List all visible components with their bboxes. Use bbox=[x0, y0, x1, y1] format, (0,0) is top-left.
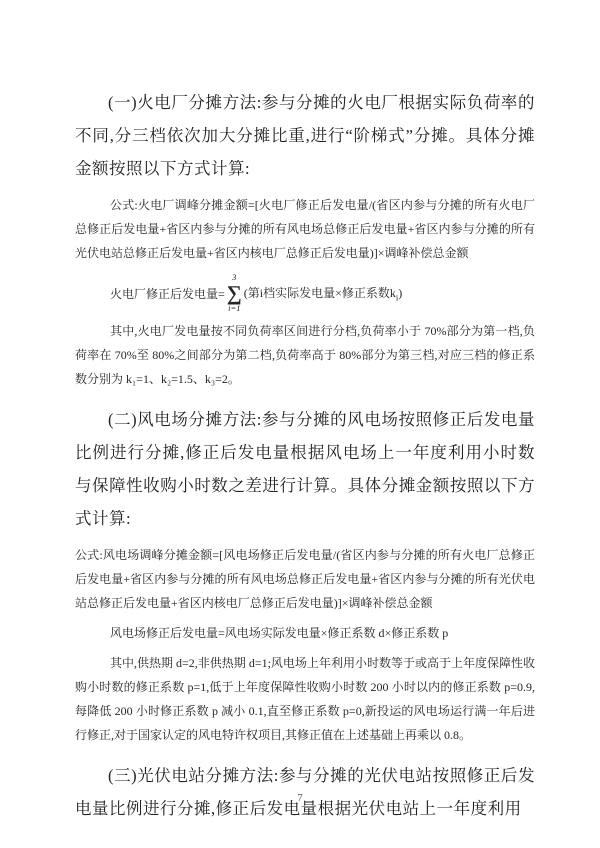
summation-symbol: 3 ∑ i=1 bbox=[227, 273, 242, 313]
equation-lhs: 火电厂修正后发电量= bbox=[110, 285, 225, 302]
page-number: 7 bbox=[0, 792, 600, 804]
wind-allocation-formula: 公式:风电场调峰分摊金额=[风电场修正后发电量/(省区内参与分摊的所有火电厂总修… bbox=[75, 543, 535, 615]
thermal-method-paragraph: (一)火电厂分摊方法:参与分摊的火电厂根据实际负荷率的不同,分三档依次加大分摊比… bbox=[75, 86, 535, 185]
equation-rhs-close: ) bbox=[398, 286, 402, 300]
wind-coefficient-note: 其中,供热期 d=2,非供热期 d=1;风电场上年利用小时数等于或高于上年度保障… bbox=[75, 651, 535, 747]
equation-rhs: (第i档实际发电量×修正系数ki) bbox=[244, 284, 402, 302]
thermal-tier-note: 其中,火电厂发电量按不同负荷率区间进行分档,负荷率小于 70%部分为第一档,负荷… bbox=[75, 319, 535, 391]
summation-lower-limit: i=1 bbox=[228, 304, 240, 313]
sigma-icon: ∑ bbox=[227, 283, 242, 304]
thermal-allocation-formula: 公式:火电厂调峰分摊金额=[火电厂修正后发电量/(省区内参与分摊的所有火电厂总修… bbox=[75, 193, 535, 265]
wind-corrected-output-equation: 风电场修正后发电量=风电场实际发电量×修正系数 d×修正系数 p bbox=[75, 621, 535, 645]
document-page: (一)火电厂分摊方法:参与分摊的火电厂根据实际负荷率的不同,分三档依次加大分摊比… bbox=[0, 0, 600, 848]
wind-method-paragraph: (二)风电场分摊方法:参与分摊的风电场按照修正后发电量比例进行分摊,修正后发电量… bbox=[75, 403, 535, 535]
thermal-corrected-output-equation: 火电厂修正后发电量= 3 ∑ i=1 (第i档实际发电量×修正系数ki) bbox=[75, 271, 535, 315]
equation-rhs-text: (第i档实际发电量×修正系数k bbox=[244, 286, 396, 300]
